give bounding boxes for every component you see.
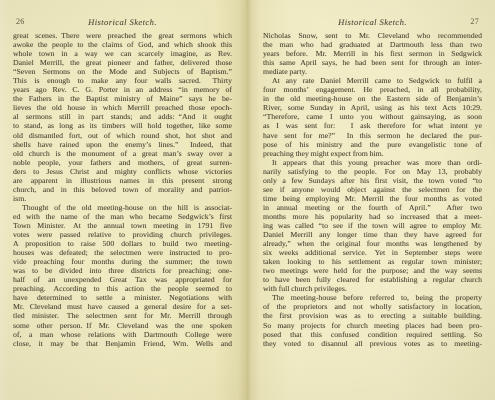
- text-line: years ago Rev. C. G. Porter in an addres…: [13, 85, 232, 94]
- text-line: Daniel Merrill, the great pioneer and fa…: [13, 58, 232, 67]
- text-line: close, it may be that Benjamin Friend, W…: [13, 339, 232, 348]
- text-line: Daniel Merrill any longer time than they…: [263, 230, 482, 239]
- text-line: have determined to settle a minister. Ne…: [13, 293, 232, 302]
- text-line: as I was sent for: I ask therefore for w…: [263, 121, 482, 130]
- text-line: Town Minister. At the annual town meetin…: [13, 221, 232, 230]
- text-line: “Therefore, came I unto you without gain…: [263, 112, 482, 121]
- text-line: was to be divided into three districts f…: [13, 266, 232, 275]
- page-header-right: 27 Historical Sketch.: [263, 17, 482, 28]
- text-line: the first provision was as to erecting a…: [263, 311, 482, 320]
- text-line: have sent for me?” In this sermon he dec…: [263, 131, 482, 140]
- text-line: The meeting-house before referred to, be…: [263, 293, 482, 302]
- book-spread: 26 Historical Sketch. great scenes. Ther…: [0, 0, 495, 400]
- text-line: vide preaching four months during the su…: [13, 257, 232, 266]
- text-line: this same April says, he had been sent f…: [263, 58, 482, 67]
- running-title-left: Historical Sketch.: [13, 17, 232, 27]
- text-line: time being employing Mr. Merrill the fou…: [263, 194, 482, 203]
- text-line: are apparent in illustrious names in thi…: [13, 176, 232, 185]
- text-line: ders to Jesus Christ and mighty conflict…: [13, 167, 232, 176]
- text-line: some other person. If Mr. Cleveland was …: [13, 321, 232, 330]
- text-line: with full church privileges.: [263, 284, 482, 293]
- text-line: two meetings were held for the purpose; …: [263, 266, 482, 275]
- text-line: ed with the name of the man who became S…: [13, 212, 232, 221]
- text-line: noble people, your fathers and mothers, …: [13, 158, 232, 167]
- page-number-right: 27: [470, 17, 479, 26]
- text-line: to stand, as long as its timbers will ho…: [13, 121, 232, 130]
- text-line: tled minister. The selectmen sent for Mr…: [13, 311, 232, 320]
- page-header-left: 26 Historical Sketch.: [13, 17, 232, 28]
- text-line: al sermons still in part stands; and add…: [13, 112, 232, 121]
- text-line: already,” when the original four months …: [263, 239, 482, 248]
- text-line: mediate party.: [263, 67, 482, 76]
- text-line: preaching. According to this action the …: [13, 284, 232, 293]
- page-left: 26 Historical Sketch. great scenes. Ther…: [0, 0, 247, 400]
- text-line: in annual meeting or the fourth of April…: [263, 203, 482, 212]
- text-line: Thought of the old meeting-house on the …: [13, 203, 232, 212]
- text-line: they voted to disannul all previous vote…: [263, 339, 482, 348]
- text-line: of, a man whose relations with Dartmouth…: [13, 330, 232, 339]
- text-line: Nicholas Snow, sent to Mr. Cleveland who…: [263, 31, 482, 40]
- text-line: A proposition to raise 500 dollars to bu…: [13, 239, 232, 248]
- text-line: awoke the people to the claims of God, a…: [13, 40, 232, 49]
- text-line: It appears that this young preacher was …: [263, 158, 482, 167]
- text-line: narily satisfying to the people. For on …: [263, 167, 482, 176]
- text-line: whole town in a way we can scarcely imag…: [13, 49, 232, 58]
- text-line: This is enough to make any four walls sa…: [13, 76, 232, 85]
- text-line: pose of his ministry and the pure evange…: [263, 140, 482, 149]
- text-line: years before. Mr. Merrill in his first s…: [263, 49, 482, 58]
- text-line: ism.: [13, 194, 232, 203]
- text-line: ing was called “to see if the town will …: [263, 221, 482, 230]
- text-line: shells have rained upon the enemy’s line…: [13, 140, 232, 149]
- text-line: half of an unexpended Great Tax was appr…: [13, 275, 232, 284]
- text-line: “Seven Sermons on the Mode and Subjects …: [13, 67, 232, 76]
- page-right: 27 Historical Sketch. Nicholas Snow, sen…: [247, 0, 495, 400]
- running-title-right: Historical Sketch.: [263, 17, 482, 27]
- text-line: months more his popularity had so increa…: [263, 212, 482, 221]
- text-line: six weeks additional service. Yet in Sep…: [263, 248, 482, 257]
- text-line: old church is the monument of a great ma…: [13, 149, 232, 158]
- text-line: church, and in this beloved town of mora…: [13, 185, 232, 194]
- page-text-left: great scenes. There were preached the gr…: [13, 31, 232, 348]
- text-line: posed that this confused condition requi…: [263, 330, 482, 339]
- text-line: preaching they might expect from him.: [263, 149, 482, 158]
- page-number-left: 26: [16, 17, 25, 26]
- text-line: only a few Sundays after his first visit…: [263, 176, 482, 185]
- text-line: see if anyone would object against the s…: [263, 185, 482, 194]
- text-line: lieves the old house in which Merrill pr…: [13, 103, 232, 112]
- text-line: Mr. Cleveland must have caused a general…: [13, 302, 232, 311]
- text-line: votes were passed relative to providing …: [13, 230, 232, 239]
- text-line: old dismantled fort, out of which round …: [13, 131, 232, 140]
- text-line: the Fathers in the Baptist ministry of M…: [13, 94, 232, 103]
- text-line: River, some Sunday in April, using as hi…: [263, 103, 482, 112]
- text-line: four months’ engagement. He preached, in…: [263, 85, 482, 94]
- text-line: taken looking to his settlement as regul…: [263, 257, 482, 266]
- text-line: to have been fully cleared for establish…: [263, 275, 482, 284]
- text-line: the man who had graduated at Dartmouth l…: [263, 40, 482, 49]
- text-line: in the old meeting-house on the Eastern …: [263, 94, 482, 103]
- text-line: of the proprietors and not wholly satisf…: [263, 302, 482, 311]
- text-line: great scenes. There were preached the gr…: [13, 31, 232, 40]
- text-line: houses was defeated; the selectmen were …: [13, 248, 232, 257]
- text-line: So many projects for church meeting plac…: [263, 321, 482, 330]
- text-line: At any rate Daniel Merrill came to Sedgw…: [263, 76, 482, 85]
- page-text-right: Nicholas Snow, sent to Mr. Cleveland who…: [263, 31, 482, 348]
